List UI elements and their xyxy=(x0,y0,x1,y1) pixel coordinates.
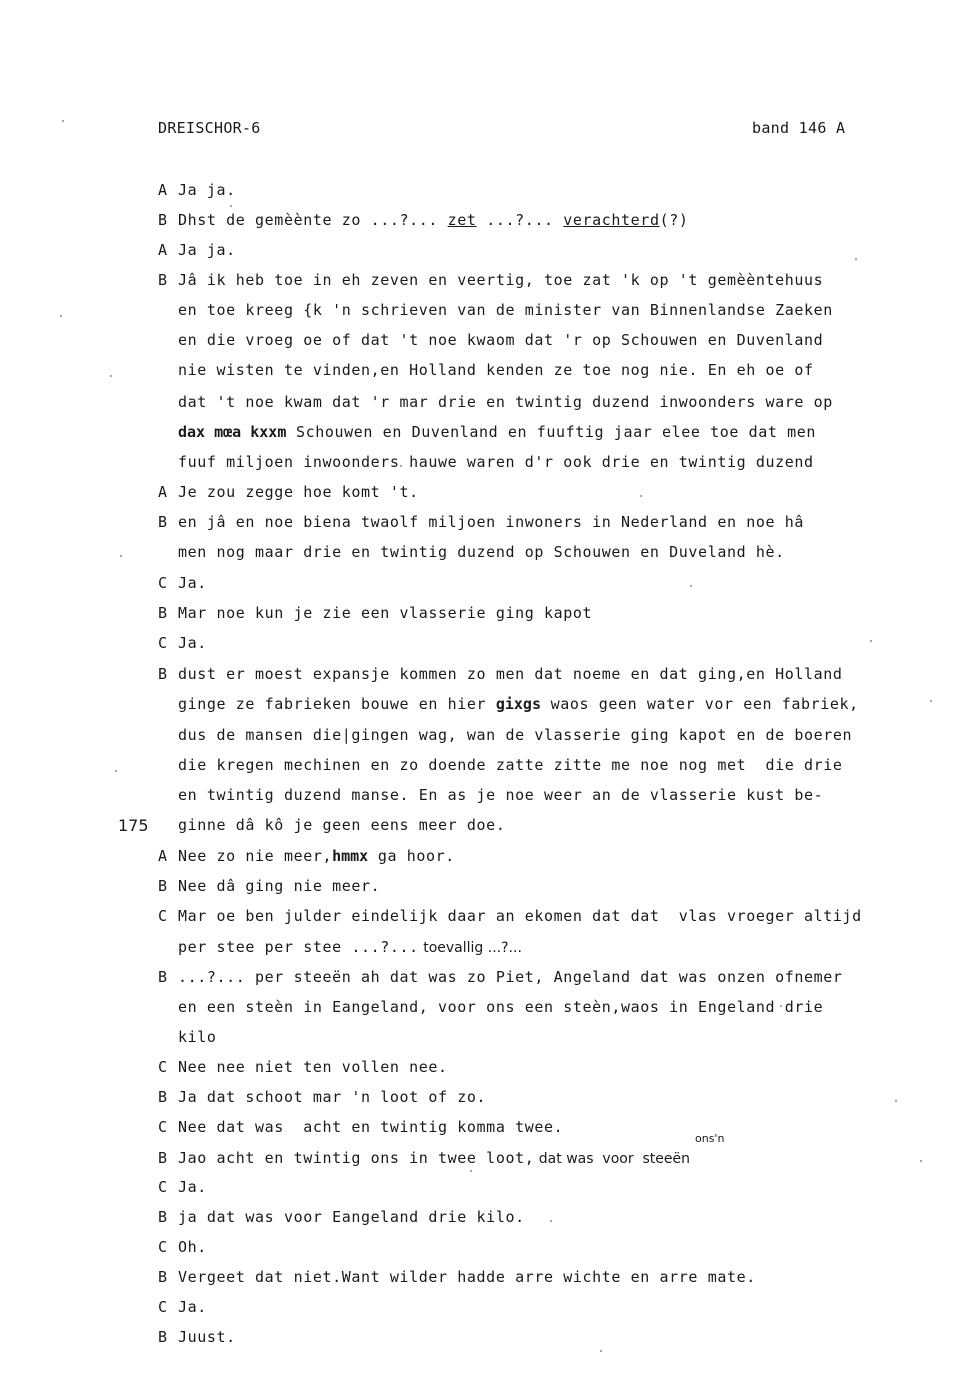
line-text: Mar oe ben julder eindelijk daar an ekom… xyxy=(178,907,862,925)
speaker-label: C xyxy=(158,906,178,926)
scan-speck xyxy=(230,205,232,207)
speaker-label: A xyxy=(158,482,178,502)
transcript-line: en die vroeg oe of dat 't noe kwaom dat … xyxy=(158,330,823,350)
line-text: waos geen water vor een fabriek, xyxy=(541,695,859,713)
scan-speck xyxy=(600,1350,602,1352)
transcript-line: BMar noe kun je zie een vlasserie ging k… xyxy=(158,603,592,623)
transcript-line: B...?... per steeën ah dat was zo Piet, … xyxy=(158,967,843,987)
scan-speck xyxy=(895,1100,897,1102)
transcript-line: BDhst de gemèènte zo ...?... zet ...?...… xyxy=(158,210,688,230)
scan-speck xyxy=(870,640,872,642)
transcript-line: per stee per stee ...?... toevallig ...?… xyxy=(158,937,522,958)
speaker-label: C xyxy=(158,1237,178,1257)
transcript-line: en een steèn in Eangeland, voor ons een … xyxy=(158,997,823,1017)
line-text: ginge ze fabrieken bouwe en hier xyxy=(178,695,496,713)
margin-counter: 175 xyxy=(118,816,149,835)
transcript-line: ANee zo nie meer,hmmx ga hoor. xyxy=(158,846,455,866)
scan-speck xyxy=(780,1005,782,1007)
transcript-line: dax mœa kxxm Schouwen en Duvenland en fu… xyxy=(158,422,816,442)
scan-speck xyxy=(120,555,122,557)
transcript-line: ginne dâ kô je geen eens meer doe. xyxy=(158,815,505,835)
scan-speck xyxy=(640,495,642,497)
speaker-label: C xyxy=(158,573,178,593)
speaker-label: B xyxy=(158,1267,178,1287)
scan-speck xyxy=(60,315,62,317)
transcript-line: CJa. xyxy=(158,1177,207,1197)
line-text: Juust. xyxy=(178,1328,236,1346)
line-text: Nee nee niet ten vollen nee. xyxy=(178,1058,448,1076)
scan-speck xyxy=(62,120,64,122)
line-text: Ja. xyxy=(178,574,207,592)
speaker-label: B xyxy=(158,512,178,532)
line-text: Ja ja. xyxy=(178,181,236,199)
line-text: ginne dâ kô je geen eens meer doe. xyxy=(178,816,505,834)
transcript-line: en twintig duzend manse. En as je noe we… xyxy=(158,785,823,805)
line-text: en jâ en noe biena twaolf miljoen inwone… xyxy=(178,513,804,531)
transcript-line: CJa. xyxy=(158,573,207,593)
speaker-label: C xyxy=(158,633,178,653)
transcript-line: CNee nee niet ten vollen nee. xyxy=(158,1057,448,1077)
transcript-line: ginge ze fabrieken bouwe en hier gixgs w… xyxy=(158,694,859,714)
transcript-line: BJao acht en twintig ons in twee loot, d… xyxy=(158,1148,690,1169)
transcript-line: nie wisten te vinden,en Holland kenden z… xyxy=(158,360,814,380)
speaker-label: C xyxy=(158,1177,178,1197)
transcript-line: AJe zou zegge hoe komt 't. xyxy=(158,482,419,502)
speaker-label: B xyxy=(158,1148,178,1168)
transcript-line: die kregen mechinen en zo doende zatte z… xyxy=(158,755,843,775)
speaker-label: B xyxy=(158,1207,178,1227)
line-text: Ja. xyxy=(178,634,207,652)
speaker-label: B xyxy=(158,603,178,623)
line-text: en twintig duzend manse. En as je noe we… xyxy=(178,786,823,804)
speaker-label: B xyxy=(158,876,178,896)
scan-speck xyxy=(930,700,932,702)
handwritten-note: toevallig ...?... xyxy=(419,940,522,956)
speaker-label: A xyxy=(158,846,178,866)
transcript-line: COh. xyxy=(158,1237,207,1257)
transcript-line: en toe kreeg {k 'n schrieven van de mini… xyxy=(158,300,833,320)
transcript-line: CJa. xyxy=(158,1297,207,1317)
scan-speck xyxy=(115,770,117,772)
line-text: ga hoor. xyxy=(368,847,455,865)
line-text: dat 't noe kwam dat 'r mar drie en twint… xyxy=(178,393,833,411)
handwritten-note: dat was voor steeën xyxy=(534,1151,690,1167)
line-text: Ja. xyxy=(178,1298,207,1316)
line-text: Jao acht en twintig ons in twee loot, xyxy=(178,1149,534,1167)
underlined-word: verachterd xyxy=(563,211,659,229)
transcript-line: Bja dat was voor Eangeland drie kilo. xyxy=(158,1207,525,1227)
transcript-line: CNee dat was acht en twintig komma twee. xyxy=(158,1117,563,1137)
line-text: en een steèn in Eangeland, voor ons een … xyxy=(178,998,823,1016)
line-text: kilo xyxy=(178,1028,217,1046)
line-text: Vergeet dat niet.Want wilder hadde arre … xyxy=(178,1268,756,1286)
line-text: Schouwen en Duvenland en fuuftig jaar el… xyxy=(286,423,816,441)
struck-text: gixgs xyxy=(496,695,541,713)
transcript-page: DREISCHOR-6 band 146 A 175 AJa ja.BDhst … xyxy=(0,0,979,1386)
handwritten-insertion: ons'n xyxy=(695,1132,724,1145)
line-text: die kregen mechinen en zo doende zatte z… xyxy=(178,756,843,774)
transcript-line: CJa. xyxy=(158,633,207,653)
speaker-label: B xyxy=(158,1327,178,1347)
transcript-line: BVergeet dat niet.Want wilder hadde arre… xyxy=(158,1267,756,1287)
line-text: Dhst de gemèènte zo ...?... xyxy=(178,211,448,229)
line-text: ...?... per steeën ah dat was zo Piet, A… xyxy=(178,968,843,986)
transcript-line: BNee dâ ging nie meer. xyxy=(158,876,380,896)
transcript-line: BJa dat schoot mar 'n loot of zo. xyxy=(158,1087,486,1107)
line-text: Ja. xyxy=(178,1178,207,1196)
scan-speck xyxy=(550,1220,552,1222)
speaker-label: B xyxy=(158,664,178,684)
line-text: dus de mansen die|gingen wag, wan de vla… xyxy=(178,726,852,744)
scan-speck xyxy=(855,258,857,260)
line-text: dust er moest expansje kommen zo men dat… xyxy=(178,665,843,683)
line-text: nie wisten te vinden,en Holland kenden z… xyxy=(178,361,814,379)
line-text: (?) xyxy=(660,211,689,229)
transcript-line: dat 't noe kwam dat 'r mar drie en twint… xyxy=(158,392,833,412)
line-text: Nee dâ ging nie meer. xyxy=(178,877,380,895)
speaker-label: B xyxy=(158,210,178,230)
scan-speck xyxy=(110,375,112,377)
line-text: Ja ja. xyxy=(178,241,236,259)
line-text: Nee zo nie meer, xyxy=(178,847,332,865)
transcript-line: AJa ja. xyxy=(158,180,236,200)
line-text: Ja dat schoot mar 'n loot of zo. xyxy=(178,1088,486,1106)
transcript-line: men nog maar drie en twintig duzend op S… xyxy=(158,542,785,562)
speaker-label: C xyxy=(158,1057,178,1077)
speaker-label: B xyxy=(158,967,178,987)
scan-speck xyxy=(690,585,692,587)
struck-text: hmmx xyxy=(332,847,368,865)
transcript-line: CMar oe ben julder eindelijk daar an eko… xyxy=(158,906,862,926)
line-text: per stee per stee ...?... xyxy=(178,938,419,956)
transcript-line: kilo xyxy=(158,1027,217,1047)
speaker-label: C xyxy=(158,1117,178,1137)
speaker-label: C xyxy=(158,1297,178,1317)
struck-text: dax mœa kxxm xyxy=(178,423,286,441)
scan-speck xyxy=(920,1160,922,1162)
line-text: en toe kreeg {k 'n schrieven van de mini… xyxy=(178,301,833,319)
line-text: en die vroeg oe of dat 't noe kwaom dat … xyxy=(178,331,823,349)
speaker-label: B xyxy=(158,1087,178,1107)
transcript-line: BJuust. xyxy=(158,1327,236,1347)
speaker-label: B xyxy=(158,270,178,290)
transcript-line: Bdust er moest expansje kommen zo men da… xyxy=(158,664,843,684)
transcript-line: Ben jâ en noe biena twaolf miljoen inwon… xyxy=(158,512,804,532)
line-text: men nog maar drie en twintig duzend op S… xyxy=(178,543,785,561)
transcript-line: dus de mansen die|gingen wag, wan de vla… xyxy=(158,725,852,745)
document-title: DREISCHOR-6 xyxy=(158,119,261,137)
line-text: fuuf miljoen inwoonders hauwe waren d'r … xyxy=(178,453,814,471)
line-text: Jâ ik heb toe in eh zeven en veertig, to… xyxy=(178,271,823,289)
line-text: ja dat was voor Eangeland drie kilo. xyxy=(178,1208,525,1226)
transcript-line: BJâ ik heb toe in eh zeven en veertig, t… xyxy=(158,270,823,290)
line-text: Nee dat was acht en twintig komma twee. xyxy=(178,1118,563,1136)
speaker-label: A xyxy=(158,240,178,260)
scan-speck xyxy=(400,465,402,467)
speaker-label: A xyxy=(158,180,178,200)
transcript-line: fuuf miljoen inwoonders hauwe waren d'r … xyxy=(158,452,814,472)
scan-speck xyxy=(470,1170,472,1172)
underlined-word: zet xyxy=(448,211,477,229)
line-text: Mar noe kun je zie een vlasserie ging ka… xyxy=(178,604,592,622)
line-text: Je zou zegge hoe komt 't. xyxy=(178,483,419,501)
line-text: Oh. xyxy=(178,1238,207,1256)
transcript-line: AJa ja. xyxy=(158,240,236,260)
line-text: ...?... xyxy=(477,211,564,229)
tape-reference: band 146 A xyxy=(752,119,845,137)
